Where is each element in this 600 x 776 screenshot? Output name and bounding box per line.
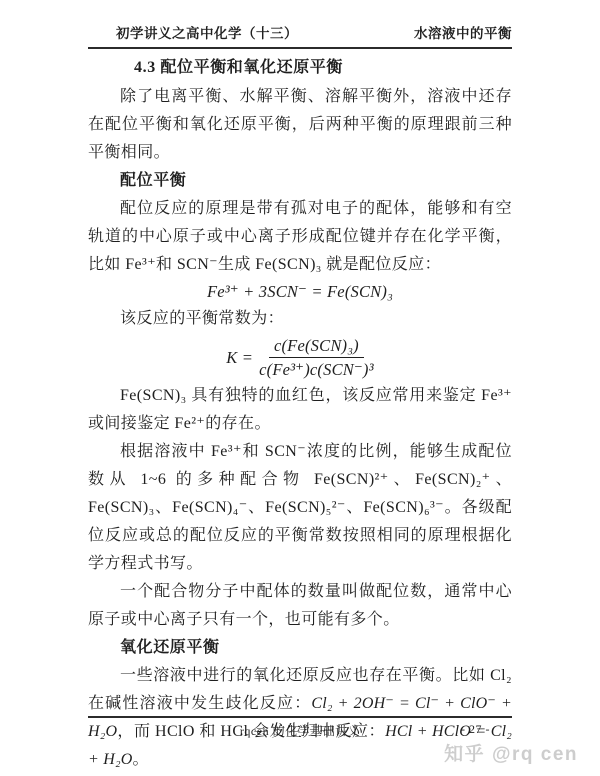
coordination-heading: 配位平衡 — [88, 167, 512, 195]
page-body: 4.3 配位平衡和氧化还原平衡 除了电离平衡、水解平衡、溶解平衡外，溶液中还存在… — [88, 58, 512, 774]
coordination-reaction-equation: Fe³⁺ + 3SCN⁻ = Fe(SCN)₃ — [88, 279, 512, 305]
redox-heading: 氧化还原平衡 — [88, 634, 512, 662]
document-page: 初学讲义之高中化学（十三） 水溶液中的平衡 4.3 配位平衡和氧化还原平衡 除了… — [0, 0, 600, 776]
page-number: - 27 - — [461, 722, 490, 737]
header-right-title: 水溶液中的平衡 — [414, 26, 512, 42]
coordination-paragraph-4: 根据溶液中 Fe³⁺和 SCN⁻浓度的比例，能够生成配位数从 1~6 的多种配合… — [88, 438, 512, 578]
zhihu-watermark: 知乎 @rq cen — [444, 739, 578, 766]
equilibrium-constant-equation: K = c(Fe(SCN)₃) c(Fe³⁺)c(SCN⁻)³ — [88, 335, 512, 380]
header-left-title: 初学讲义之高中化学（十三） — [116, 26, 298, 42]
coordination-paragraph-1: 配位反应的原理是带有孤对电子的配体，能够和有空轨道的中心原子或中心离子形成配位键… — [88, 195, 512, 279]
page-footer: rqcen 的化学基础讲义 - 27 - — [88, 716, 512, 740]
coordination-paragraph-3: Fe(SCN)₃ 具有独特的血红色，该反应常用来鉴定 Fe³⁺或间接鉴定 Fe²… — [88, 382, 512, 438]
fraction-numerator: c(Fe(SCN)₃) — [269, 335, 364, 358]
intro-paragraph: 除了电离平衡、水解平衡、溶解平衡外，溶液中还存在配位平衡和氧化还原平衡，后两种平… — [88, 83, 512, 167]
page-header: 初学讲义之高中化学（十三） 水溶液中的平衡 — [88, 26, 512, 49]
footer-booklet-title: rqcen 的化学基础讲义 — [240, 722, 360, 739]
section-title: 4.3 配位平衡和氧化还原平衡 — [134, 58, 512, 78]
equation-lhs: K = — [226, 348, 253, 368]
fraction-denominator: c(Fe³⁺)c(SCN⁻)³ — [259, 358, 374, 380]
equation-fraction: c(Fe(SCN)₃) c(Fe³⁺)c(SCN⁻)³ — [259, 335, 374, 380]
redox-text-3: 。 — [132, 751, 148, 768]
coordination-paragraph-2: 该反应的平衡常数为： — [88, 305, 512, 333]
coordination-paragraph-5: 一个配合物分子中配体的数量叫做配位数，通常中心原子或中心离子只有一个，也可能有多… — [88, 578, 512, 634]
